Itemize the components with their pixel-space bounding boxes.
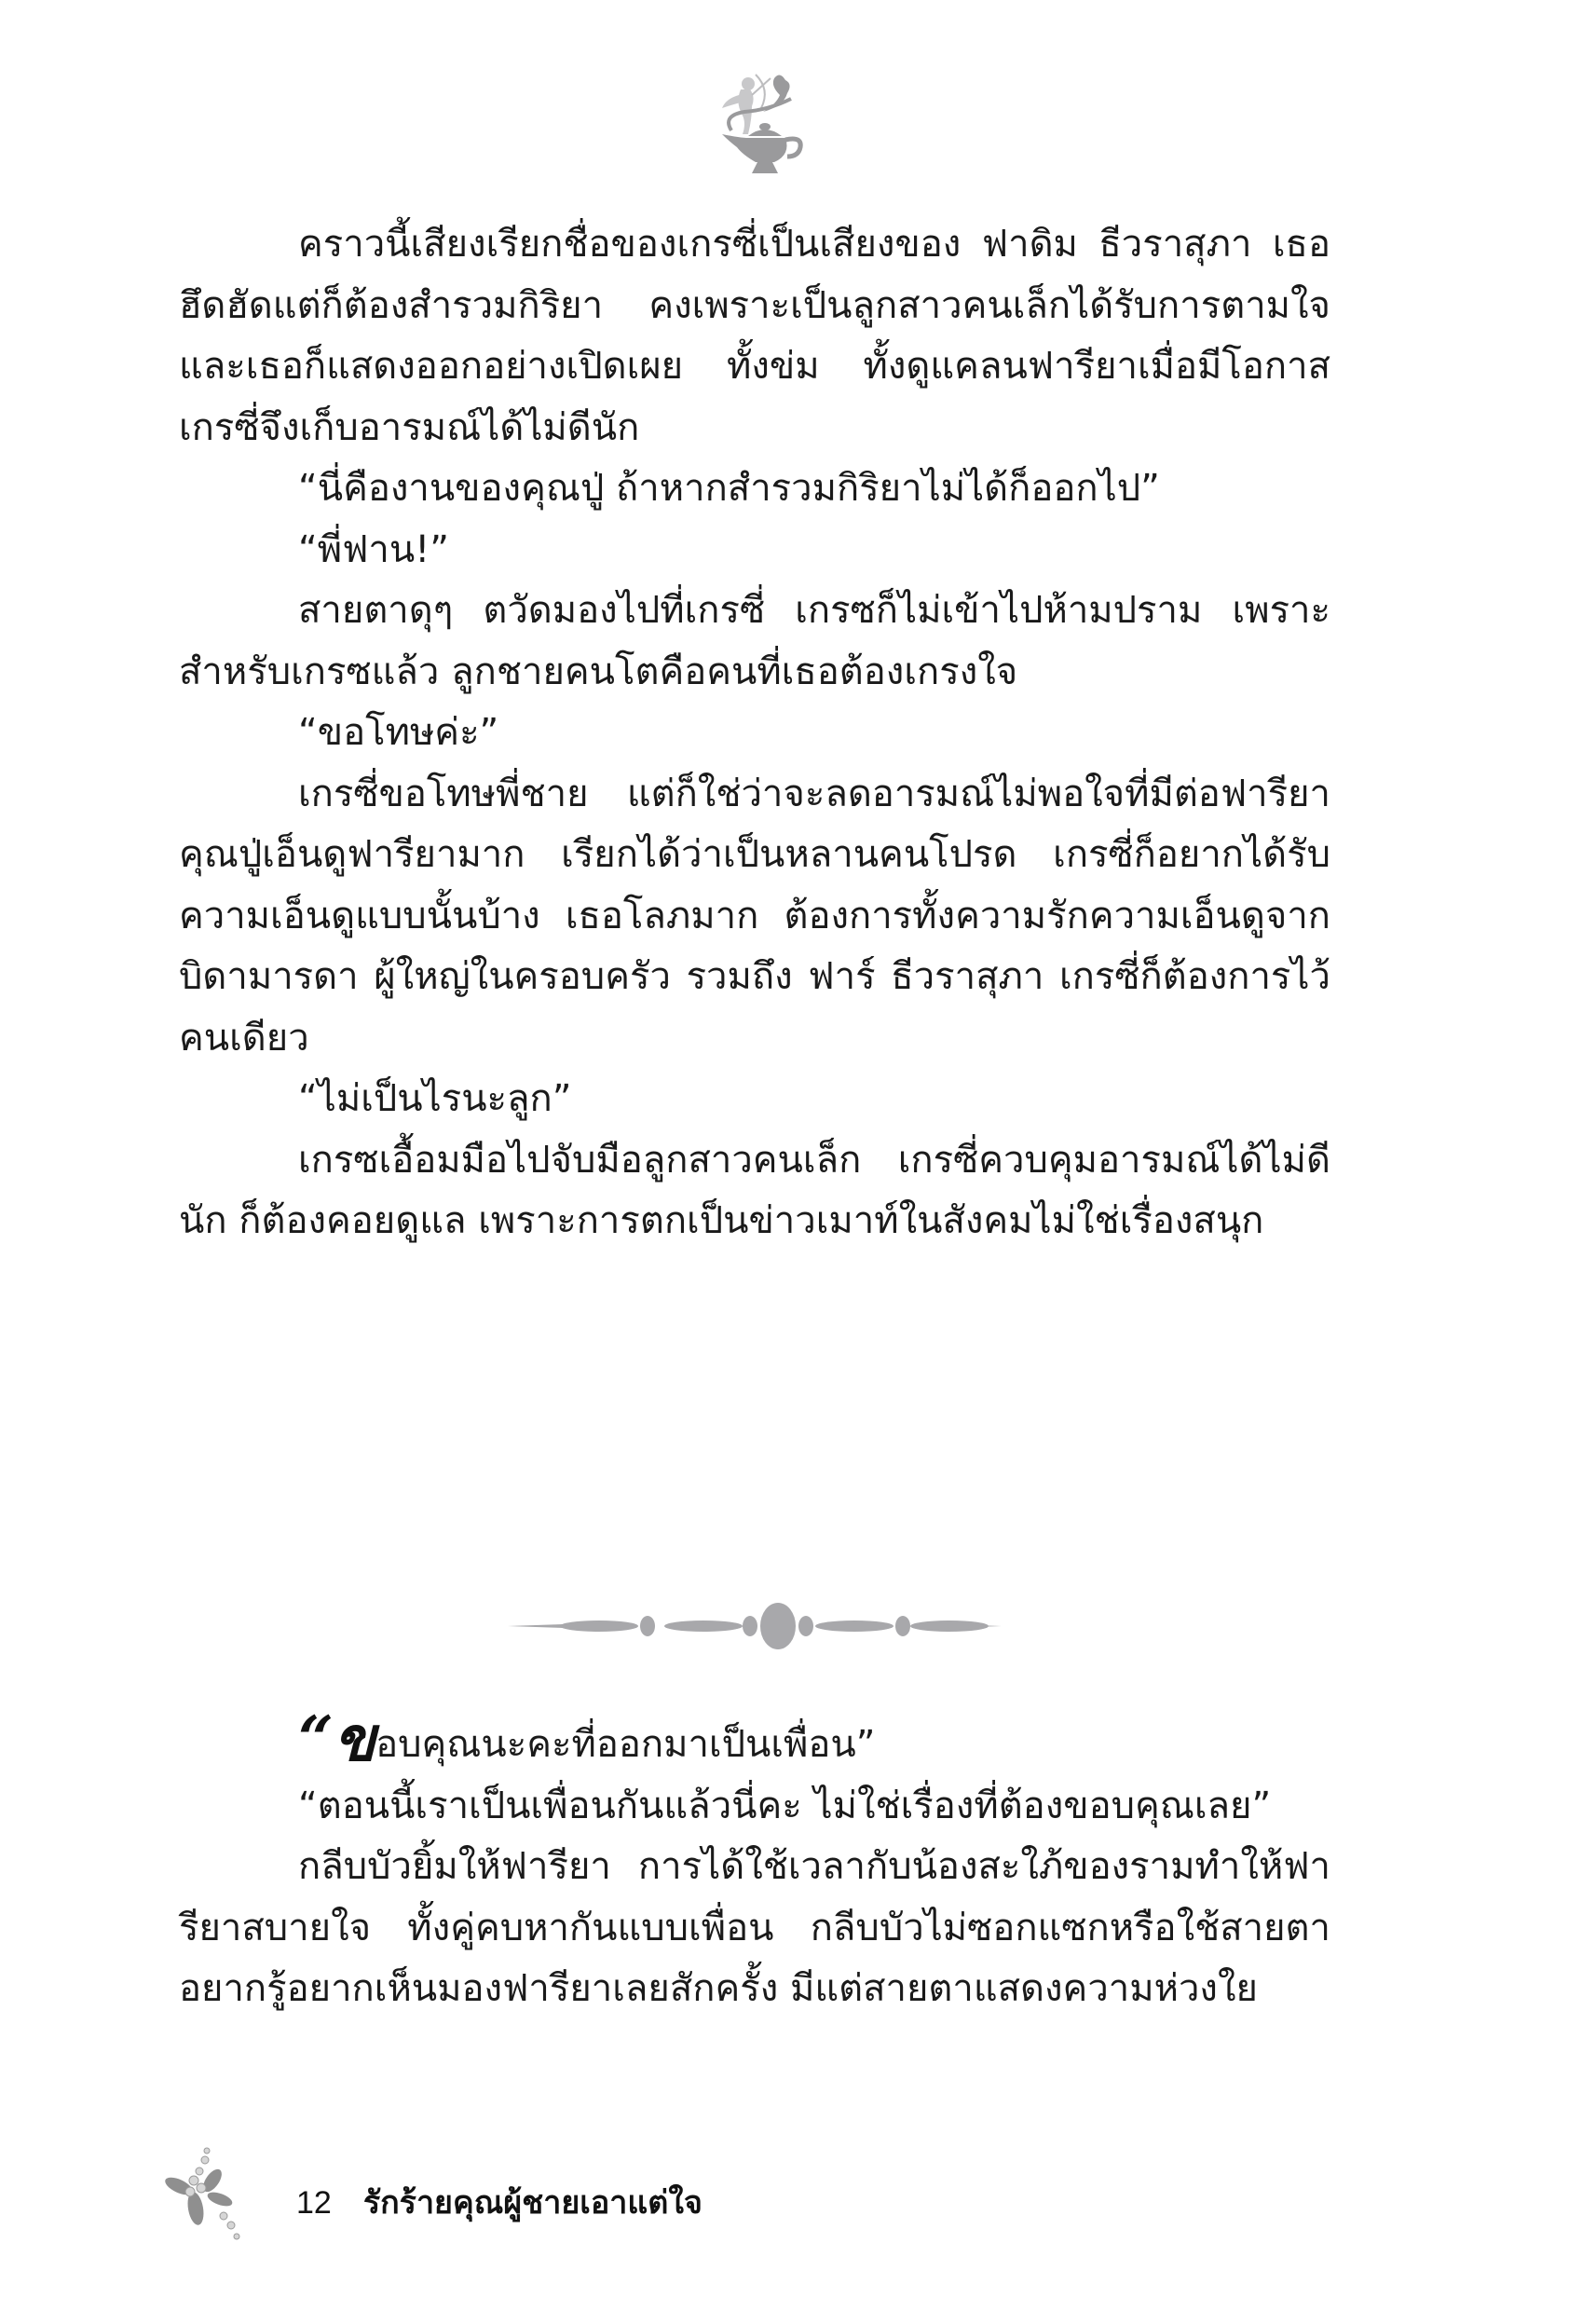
- paragraph: กลีบบัวยิ้มให้ฟารียา การได้ใช้เวลากับน้อ…: [179, 1837, 1330, 2020]
- book-title: รักร้ายคุณผู้ชายเอาแต่ใจ: [363, 2185, 703, 2221]
- page-number: 12: [296, 2185, 332, 2221]
- dialogue-paragraph: “พี่ฟาน!”: [179, 520, 1330, 581]
- dialogue-paragraph: “ขอโทษค่ะ”: [179, 703, 1330, 764]
- paragraph: คราวนี้เสียงเรียกชื่อของเกรซี่เป็นเสียงข…: [179, 214, 1330, 458]
- story-section-1: คราวนี้เสียงเรียกชื่อของเกรซี่เป็นเสียงข…: [179, 214, 1330, 1252]
- opening-paragraph: “ขอบคุณนะคะที่ออกมาเป็นเพื่อน”: [179, 1715, 1330, 1776]
- dialogue-paragraph: “นี่คืองานของคุณปู่ ถ้าหากสำรวมกิริยาไม่…: [179, 458, 1330, 520]
- paragraph: เกรซเอื้อมมือไปจับมือลูกสาวคนเล็ก เกรซี่…: [179, 1130, 1330, 1252]
- flower-bouquet-icon: [158, 2143, 252, 2246]
- paragraph: สายตาดุๆ ตวัดมองไปที่เกรซี่ เกรซก็ไม่เข้…: [179, 581, 1330, 703]
- dialogue-paragraph: “ไม่เป็นไรนะลูก”: [179, 1069, 1330, 1130]
- opening-line-text: อบคุณนะคะที่ออกมาเป็นเพื่อน”: [375, 1723, 875, 1766]
- genie-lamp-cupid-icon: [694, 58, 815, 179]
- drop-cap: “ข: [298, 1702, 375, 1775]
- paragraph: เกรซี่ขอโทษพี่ชาย แต่ก็ใช่ว่าจะลดอารมณ์ไ…: [179, 764, 1330, 1070]
- ornamental-divider-icon: [508, 1598, 1002, 1654]
- footer-caption: 12รักร้ายคุณผู้ชายเอาแต่ใจ: [296, 2177, 703, 2227]
- story-section-2: “ขอบคุณนะคะที่ออกมาเป็นเพื่อน” “ตอนนี้เร…: [179, 1715, 1330, 2020]
- page-footer: 12รักร้ายคุณผู้ชายเอาแต่ใจ: [158, 2143, 904, 2246]
- dialogue-paragraph: “ตอนนี้เราเป็นเพื่อนกันแล้วนี่คะ ไม่ใช่เ…: [179, 1776, 1330, 1838]
